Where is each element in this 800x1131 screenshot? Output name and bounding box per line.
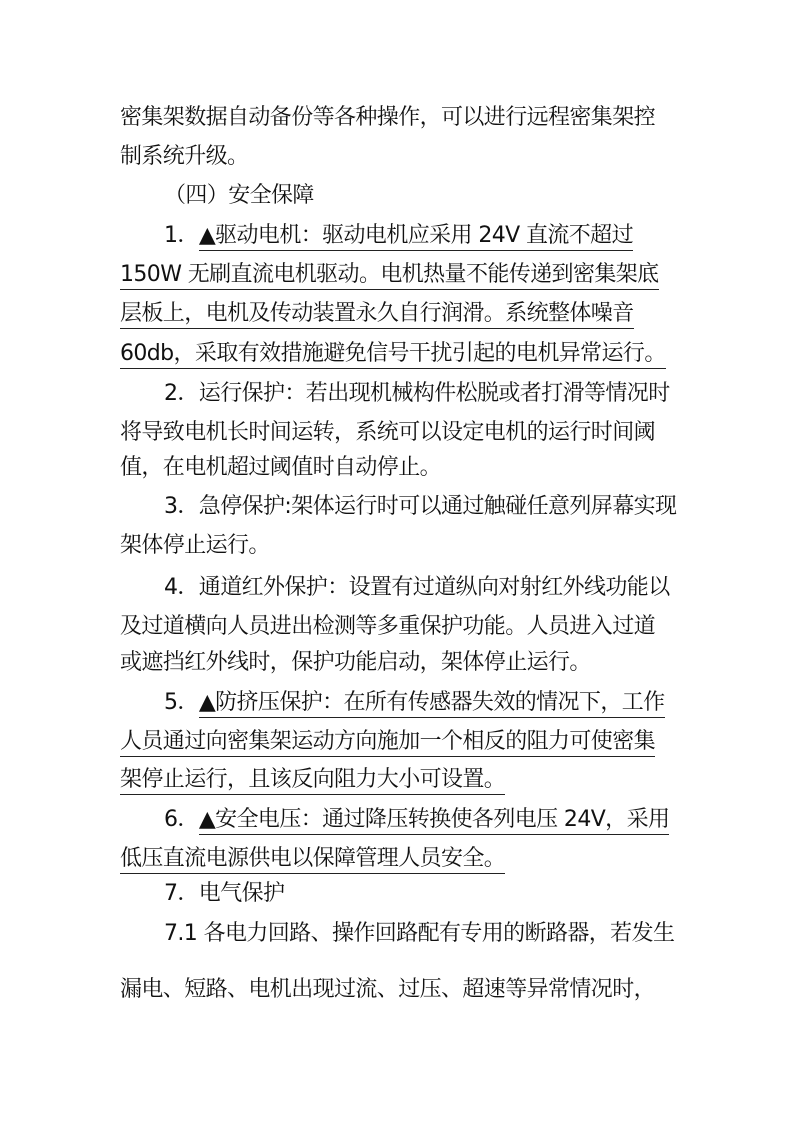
text-line: 及过道横向人员进出检测等多重保护功能。人员进入过道 (120, 612, 655, 642)
clause-7-heading: 7．电气保护 (164, 879, 284, 909)
clause-7-1-line: 7.1 各电力回路、操作回路配有专用的断路器，若发生 (164, 919, 674, 949)
clause-3-line: 3．急停保护:架体运行时可以通过触碰任意列屏幕实现 (164, 492, 676, 522)
text-line: 人员通过向密集架运动方向施加一个相反的阻力可使密集 (120, 727, 655, 757)
underlined-text: 150W 无刷直流电机驱动。电机热量不能传递到密集架底 (120, 262, 659, 290)
text-line: 60db，采取有效措施避免信号干扰引起的电机异常运行。 (120, 339, 666, 369)
text-line: 层板上，电机及传动装置永久自行润滑。系统整体噪音 (120, 299, 634, 329)
text-line: 低压直流电源供电以保障管理人员安全。 (120, 844, 505, 874)
underlined-text: 层板上，电机及传动装置永久自行润滑。系统整体噪音 (120, 301, 634, 329)
text-line: 150W 无刷直流电机驱动。电机热量不能传递到密集架底 (120, 260, 659, 290)
underlined-text: 架停止运行，且该反向阻力大小可设置。 (120, 767, 505, 795)
document-page: 密集架数据自动备份等各种操作，可以进行远程密集架控 制系统升级。 （四）安全保障… (0, 0, 800, 1131)
underlined-text: 60db，采取有效措施避免信号干扰引起的电机异常运行。 (120, 341, 666, 369)
text-line: 架体停止运行。 (120, 531, 270, 561)
text-line: 将导致电机长时间运转，系统可以设定电机的运行时间阈 (120, 418, 655, 448)
underlined-text: 人员通过向密集架运动方向施加一个相反的阻力可使密集 (120, 729, 655, 757)
text-line: 密集架数据自动备份等各种操作，可以进行远程密集架控 (120, 103, 655, 133)
text-line: 值，在电机超过阈值时自动停止。 (120, 453, 441, 483)
section-heading: （四）安全保障 (164, 181, 314, 211)
clause-2-line: 2．运行保护：若出现机械构件松脱或者打滑等情况时 (164, 379, 670, 409)
text-line: 或遮挡红外线时，保护功能启动，架体停止运行。 (120, 648, 591, 678)
underlined-text: ▲驱动电机：驱动电机应采用 24V 直流不超过 (199, 223, 633, 251)
clause-4-line: 4．通道红外保护：设置有过道纵向对射红外线功能以 (164, 573, 670, 603)
clause-6-line: 6．▲安全电压：通过降压转换使各列电压 24V，采用 (164, 805, 669, 835)
underlined-text: ▲防挤压保护：在所有传感器失效的情况下，工作 (199, 690, 665, 718)
underlined-text: 低压直流电源供电以保障管理人员安全。 (120, 846, 505, 874)
clause-number: 1． (164, 223, 199, 248)
text-line: 漏电、短路、电机出现过流、过压、超速等异常情况时， (120, 975, 655, 1005)
clause-number: 6． (164, 807, 199, 832)
clause-1-line: 1．▲驱动电机：驱动电机应采用 24V 直流不超过 (164, 221, 633, 251)
clause-number: 5． (164, 690, 199, 715)
underlined-text: ▲安全电压：通过降压转换使各列电压 24V，采用 (199, 807, 670, 835)
text-line: 制系统升级。 (120, 142, 248, 172)
clause-5-line: 5．▲防挤压保护：在所有传感器失效的情况下，工作 (164, 688, 665, 718)
text-line: 架停止运行，且该反向阻力大小可设置。 (120, 765, 505, 795)
